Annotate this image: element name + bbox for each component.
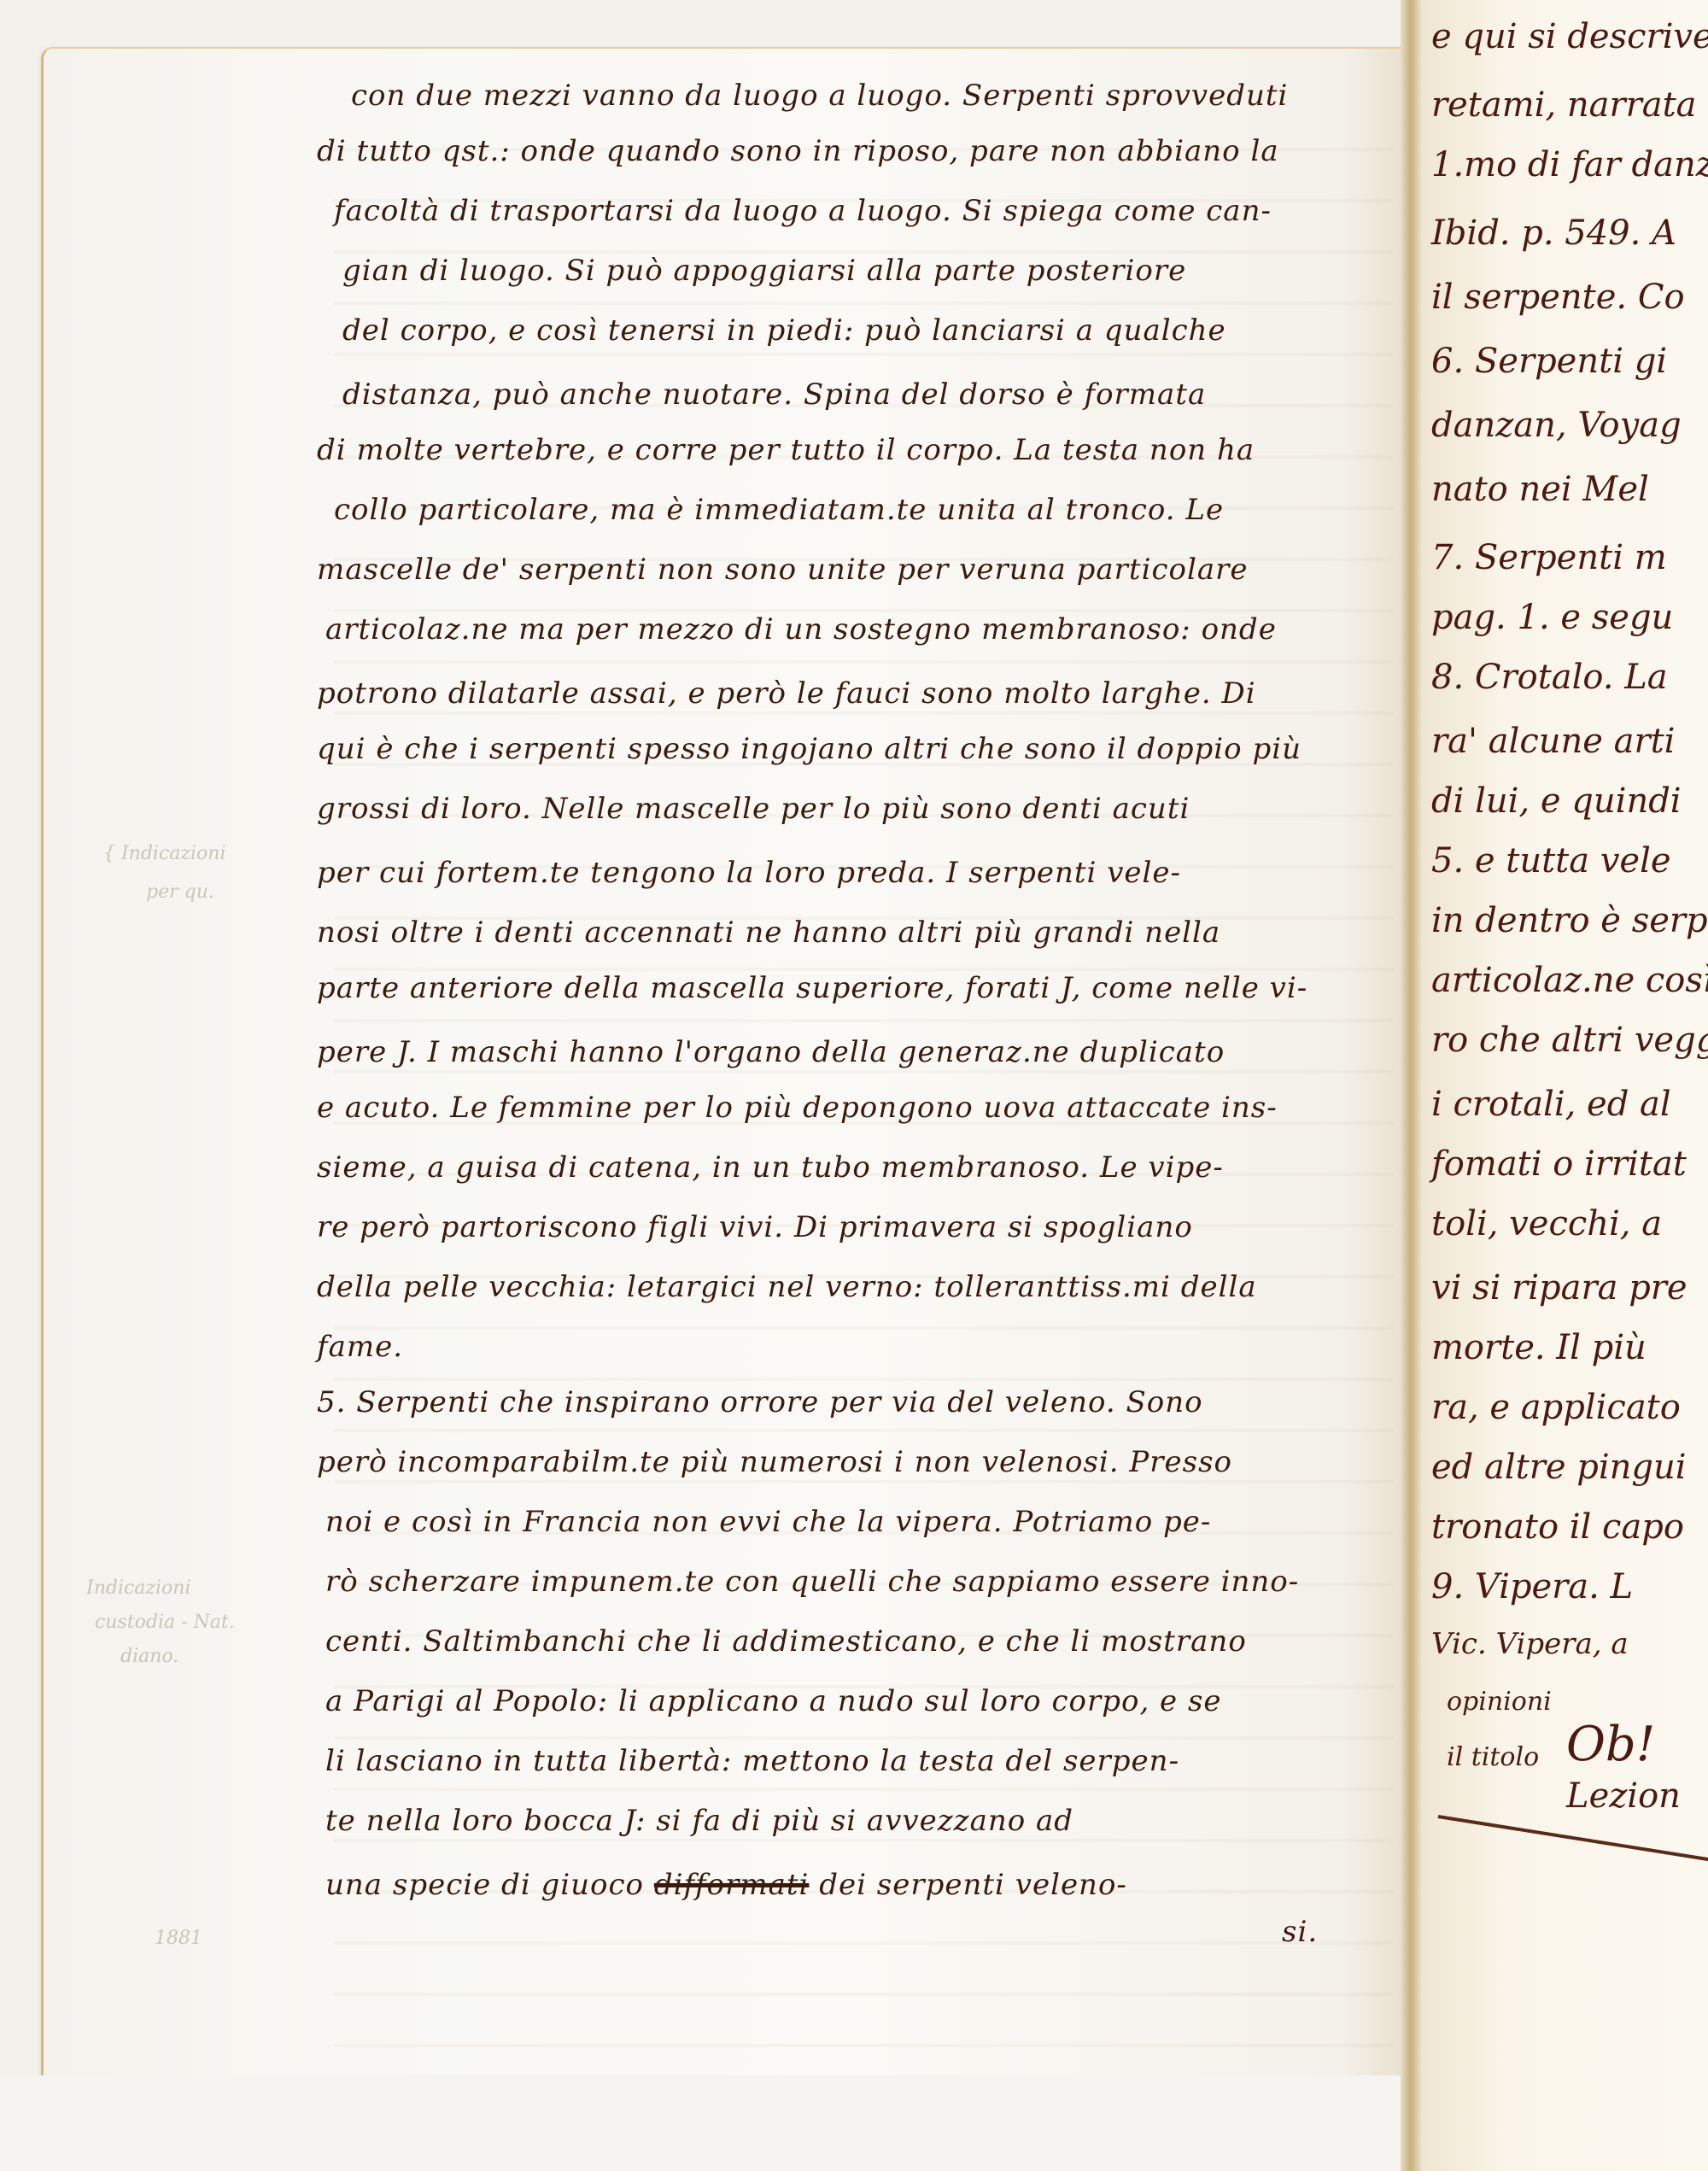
text-line: articolaz.ne così xyxy=(1431,961,1708,1000)
text-line: distanza, può anche nuotare. Spina del d… xyxy=(342,377,1206,412)
right-manuscript-page: e qui si descrive retami, narrata d 1.mo… xyxy=(1421,0,1708,2171)
book-gutter xyxy=(1401,0,1421,2171)
text-line: Vic. Vipera, a xyxy=(1431,1627,1629,1661)
text-line: te nella loro bocca J: si fa di più si a… xyxy=(325,1804,1073,1838)
text-line: ra' alcune arti xyxy=(1431,722,1675,761)
text-line: articolaz.ne ma per mezzo di un sostegno… xyxy=(325,612,1277,647)
text-line: centi. Saltimbanchi che li addimesticano… xyxy=(325,1624,1247,1659)
text-line: opinioni xyxy=(1447,1687,1552,1717)
text-line: ro che altri vegg xyxy=(1431,1021,1708,1060)
text-line: nosi oltre i denti accennati ne hanno al… xyxy=(317,916,1220,950)
text-line: mascelle de' serpenti non sono unite per… xyxy=(317,553,1248,587)
text-line: il titolo xyxy=(1447,1742,1539,1772)
text-line: 5. Serpenti che inspirano orrore per via… xyxy=(317,1385,1203,1419)
text-line: retami, narrata d xyxy=(1431,85,1708,125)
text-line: potrono dilatarle assai, e però le fauci… xyxy=(317,676,1256,711)
text-line: 5. e tutta vele xyxy=(1431,841,1671,881)
text-line: tronato il capo xyxy=(1431,1507,1684,1547)
text-line: grossi di loro. Nelle mascelle per lo pi… xyxy=(317,792,1190,826)
text-line: vi si ripara pre xyxy=(1431,1268,1688,1308)
text-line: per cui fortem.te tengono la loro preda.… xyxy=(317,856,1181,890)
text-line: li lasciano in tutta libertà: mettono la… xyxy=(325,1744,1179,1778)
text-line: con due mezzi vanno da luogo a luogo. Se… xyxy=(351,79,1288,113)
text-line: il serpente. Co xyxy=(1431,278,1685,317)
text-line: ed altre pingui xyxy=(1431,1448,1687,1487)
margin-note: Indicazioni xyxy=(86,1577,191,1599)
text-line: a Parigi al Popolo: li applicano a nudo … xyxy=(325,1684,1222,1718)
text-line: pere J. I maschi hanno l'organo della ge… xyxy=(317,1035,1225,1069)
text-line: re però partoriscono figli vivi. Di prim… xyxy=(317,1210,1193,1244)
text-line: si. xyxy=(1282,1915,1318,1949)
text-line: fomati o irritat xyxy=(1431,1144,1687,1184)
text-line: del corpo, e così tenersi in piedi: può … xyxy=(342,313,1226,348)
text-line: nato nei Mel xyxy=(1431,470,1649,509)
text-line: toli, vecchi, a xyxy=(1431,1204,1662,1243)
text-line: in dentro è serp xyxy=(1431,901,1708,940)
text-line: e acuto. Le femmine per lo più depongono… xyxy=(317,1091,1278,1125)
text-line: però incomparabilm.te più numerosi i non… xyxy=(317,1445,1232,1479)
text-line: una specie di giuoco difformati dei serp… xyxy=(325,1868,1127,1902)
text-line: gian di luogo. Si può appoggiarsi alla p… xyxy=(342,254,1186,288)
text-line: facoltà di trasportarsi da luogo a luogo… xyxy=(334,194,1272,228)
text-line: rò scherzare impunem.te con quelli che s… xyxy=(325,1565,1299,1599)
text-line: qui è che i serpenti spesso ingojano alt… xyxy=(317,732,1301,766)
margin-note: { Indicazioni xyxy=(103,843,225,864)
text-fragment: dei serpenti veleno- xyxy=(819,1868,1127,1902)
margin-note: per qu. xyxy=(146,881,214,903)
text-line: sieme, a guisa di catena, in un tubo mem… xyxy=(317,1150,1224,1185)
text-line: 1.mo di far danz xyxy=(1431,145,1708,184)
text-line: fame. xyxy=(317,1330,403,1364)
struck-out-word: difformati xyxy=(654,1868,810,1902)
text-line: 8. Crotalo. La xyxy=(1431,658,1668,697)
text-line: morte. Il più xyxy=(1431,1328,1647,1367)
margin-note: custodia - Nat. xyxy=(95,1612,235,1633)
text-line: Ibid. p. 549. A xyxy=(1431,214,1676,253)
text-line: e qui si descrive xyxy=(1431,17,1708,56)
background-surface xyxy=(0,2075,1421,2171)
left-manuscript-page: { Indicazioni per qu. Indicazioni custod… xyxy=(41,47,1410,2167)
text-line: Lezion xyxy=(1566,1776,1681,1816)
margin-note: diano. xyxy=(120,1646,178,1667)
text-line: Ob! xyxy=(1566,1717,1655,1772)
text-fragment: una specie di giuoco xyxy=(325,1868,644,1902)
text-line: 6. Serpenti gi xyxy=(1431,342,1667,381)
text-line: ra, e applicato xyxy=(1431,1388,1681,1427)
text-line: i crotali, ed al xyxy=(1431,1085,1671,1124)
text-line: 9. Vipera. L xyxy=(1431,1567,1633,1606)
text-line: di molte vertebre, e corre per tutto il … xyxy=(317,433,1255,467)
text-line: danzan, Voyag xyxy=(1431,406,1682,445)
ink-rule-line xyxy=(1438,1815,1708,1866)
text-line: pag. 1. e segu xyxy=(1431,598,1673,637)
text-line: collo particolare, ma è immediatam.te un… xyxy=(334,493,1224,527)
text-line: parte anteriore della mascella superiore… xyxy=(317,971,1307,1005)
page-stamp: 1881 xyxy=(155,1928,202,1949)
text-line: noi e così in Francia non evvi che la vi… xyxy=(325,1505,1211,1539)
text-line: di tutto qst.: onde quando sono in ripos… xyxy=(317,134,1279,168)
text-line: 7. Serpenti m xyxy=(1431,538,1667,577)
text-line: della pelle vecchia: letargici nel verno… xyxy=(317,1270,1257,1304)
text-line: di lui, e quindi xyxy=(1431,781,1682,821)
